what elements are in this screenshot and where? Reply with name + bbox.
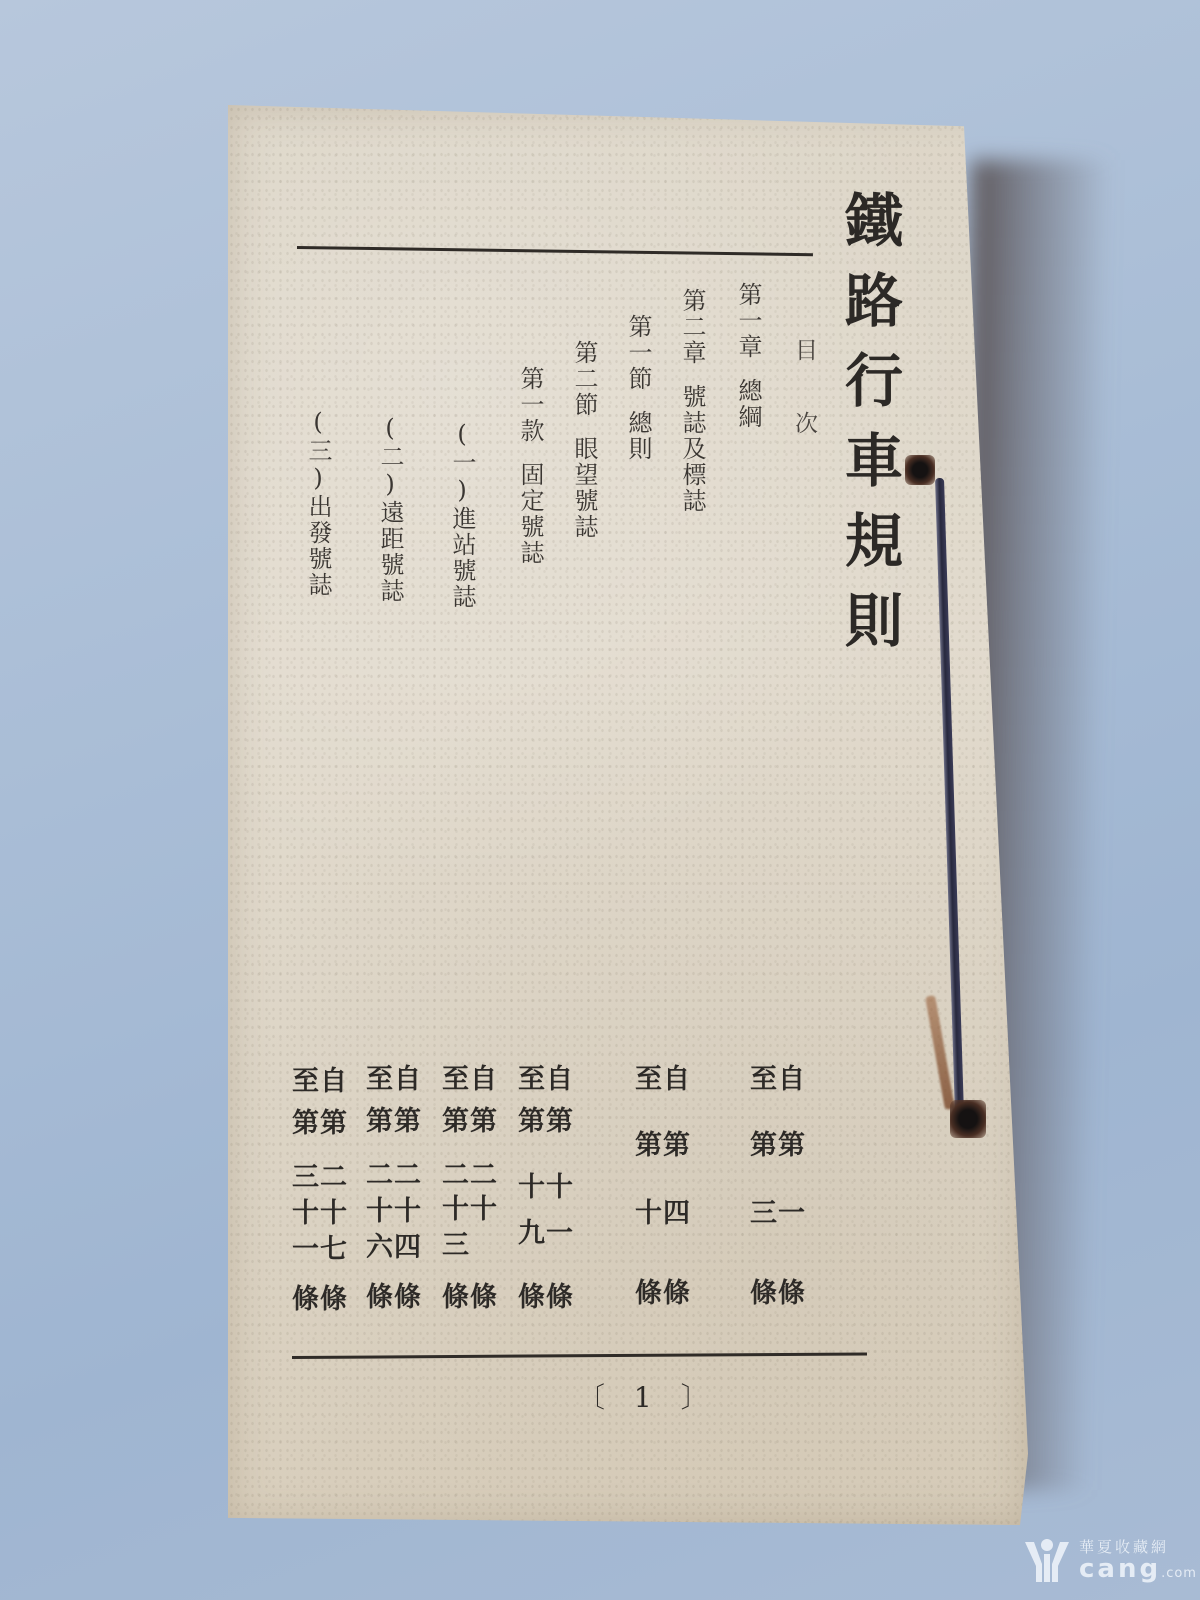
article-ranges: 至自 第第 三一 條條 至自 第第 十四 條條 至自 第第 十十 九一 條條 至… bbox=[290, 1066, 850, 1336]
toc-entry-text: 總則 bbox=[624, 410, 652, 462]
range-row: 條條 bbox=[292, 1286, 348, 1313]
range-row: 六四 bbox=[366, 1234, 422, 1261]
toc-entry-label: 第一章 bbox=[734, 282, 762, 360]
toc-entry-clause-1: 第一款固定號誌 bbox=[518, 366, 542, 566]
range-row: 條條 bbox=[366, 1284, 422, 1311]
toc-entry-label: 第二節 bbox=[570, 340, 598, 418]
toc-entry-section-2: 第二節眼望號誌 bbox=[572, 340, 596, 540]
toc-entry-text: 眼望號誌 bbox=[570, 436, 598, 540]
range-row: 一七 bbox=[292, 1236, 348, 1263]
range-row: 至自 bbox=[292, 1068, 348, 1095]
toc-entry-label: (三) bbox=[304, 408, 332, 494]
range-row: 九一 bbox=[518, 1220, 574, 1247]
range-row: 第第 bbox=[750, 1132, 806, 1159]
range-row: 條條 bbox=[635, 1280, 691, 1307]
watermark-name-en: cang.com bbox=[1079, 1554, 1197, 1584]
toc-entry-text: 號誌及標誌 bbox=[678, 384, 706, 514]
range-row: 第第 bbox=[635, 1132, 691, 1159]
toc-entry-label: 第一節 bbox=[624, 314, 652, 392]
range-row: 十四 bbox=[635, 1200, 691, 1227]
book-title: 鐵路行車規則 bbox=[840, 190, 898, 670]
cang-logo-icon bbox=[1022, 1536, 1072, 1586]
toc-entry-text: 進站號誌 bbox=[448, 506, 476, 610]
range-row: 第第 bbox=[442, 1108, 498, 1135]
range-row: 至自 bbox=[518, 1066, 574, 1093]
range-row: 三 bbox=[442, 1232, 470, 1259]
range-row: 條條 bbox=[750, 1280, 806, 1307]
page-number: 〔 1 〕 bbox=[577, 1376, 719, 1416]
toc-heading: 目次 bbox=[788, 338, 821, 484]
binding-hole-top bbox=[905, 455, 935, 485]
toc-entry-item-1: (一)進站號誌 bbox=[450, 420, 474, 610]
range-row: 第第 bbox=[292, 1110, 348, 1137]
toc-entry-label: (一) bbox=[448, 420, 476, 506]
toc-entry-text: 遠距號誌 bbox=[376, 500, 404, 604]
range-row: 十十 bbox=[518, 1174, 574, 1201]
range-row: 二二 bbox=[366, 1162, 422, 1189]
toc-entry-text: 出發號誌 bbox=[304, 494, 332, 598]
toc-entry-label: 第一款 bbox=[516, 366, 544, 444]
range-row: 至自 bbox=[635, 1066, 691, 1093]
range-row: 十十 bbox=[442, 1196, 498, 1223]
toc-entry-label: (二) bbox=[376, 414, 404, 500]
toc-entry-item-3: (三)出發號誌 bbox=[306, 408, 330, 598]
range-row: 第第 bbox=[366, 1108, 422, 1135]
toc-entry-text: 總綱 bbox=[734, 378, 762, 430]
range-row: 至自 bbox=[366, 1066, 422, 1093]
range-row: 條條 bbox=[442, 1284, 498, 1311]
range-row: 至自 bbox=[750, 1066, 806, 1093]
range-row: 三一 bbox=[750, 1200, 806, 1227]
watermark-domain: cang bbox=[1079, 1554, 1161, 1584]
watermark-domain-suffix: .com bbox=[1161, 1566, 1197, 1581]
binding-hole-bottom bbox=[950, 1100, 986, 1138]
range-row: 條條 bbox=[518, 1284, 574, 1311]
range-row: 三二 bbox=[292, 1164, 348, 1191]
watermark: 華夏收藏網 cang.com bbox=[1022, 1532, 1192, 1592]
toc-entry-section-1: 第一節總則 bbox=[626, 314, 650, 462]
range-row: 十十 bbox=[366, 1198, 422, 1225]
range-row: 至自 bbox=[442, 1066, 498, 1093]
toc-entry-label: 第二章 bbox=[678, 288, 706, 366]
range-row: 二二 bbox=[442, 1162, 498, 1189]
toc-entry-item-2: (二)遠距號誌 bbox=[378, 414, 402, 604]
toc-entry-text: 固定號誌 bbox=[516, 462, 544, 566]
range-row: 第第 bbox=[518, 1108, 574, 1135]
toc-entry-chapter-1: 第一章總綱 bbox=[736, 282, 760, 430]
range-row: 十十 bbox=[292, 1200, 348, 1227]
toc-entry-chapter-2: 第二章號誌及標誌 bbox=[680, 288, 704, 514]
